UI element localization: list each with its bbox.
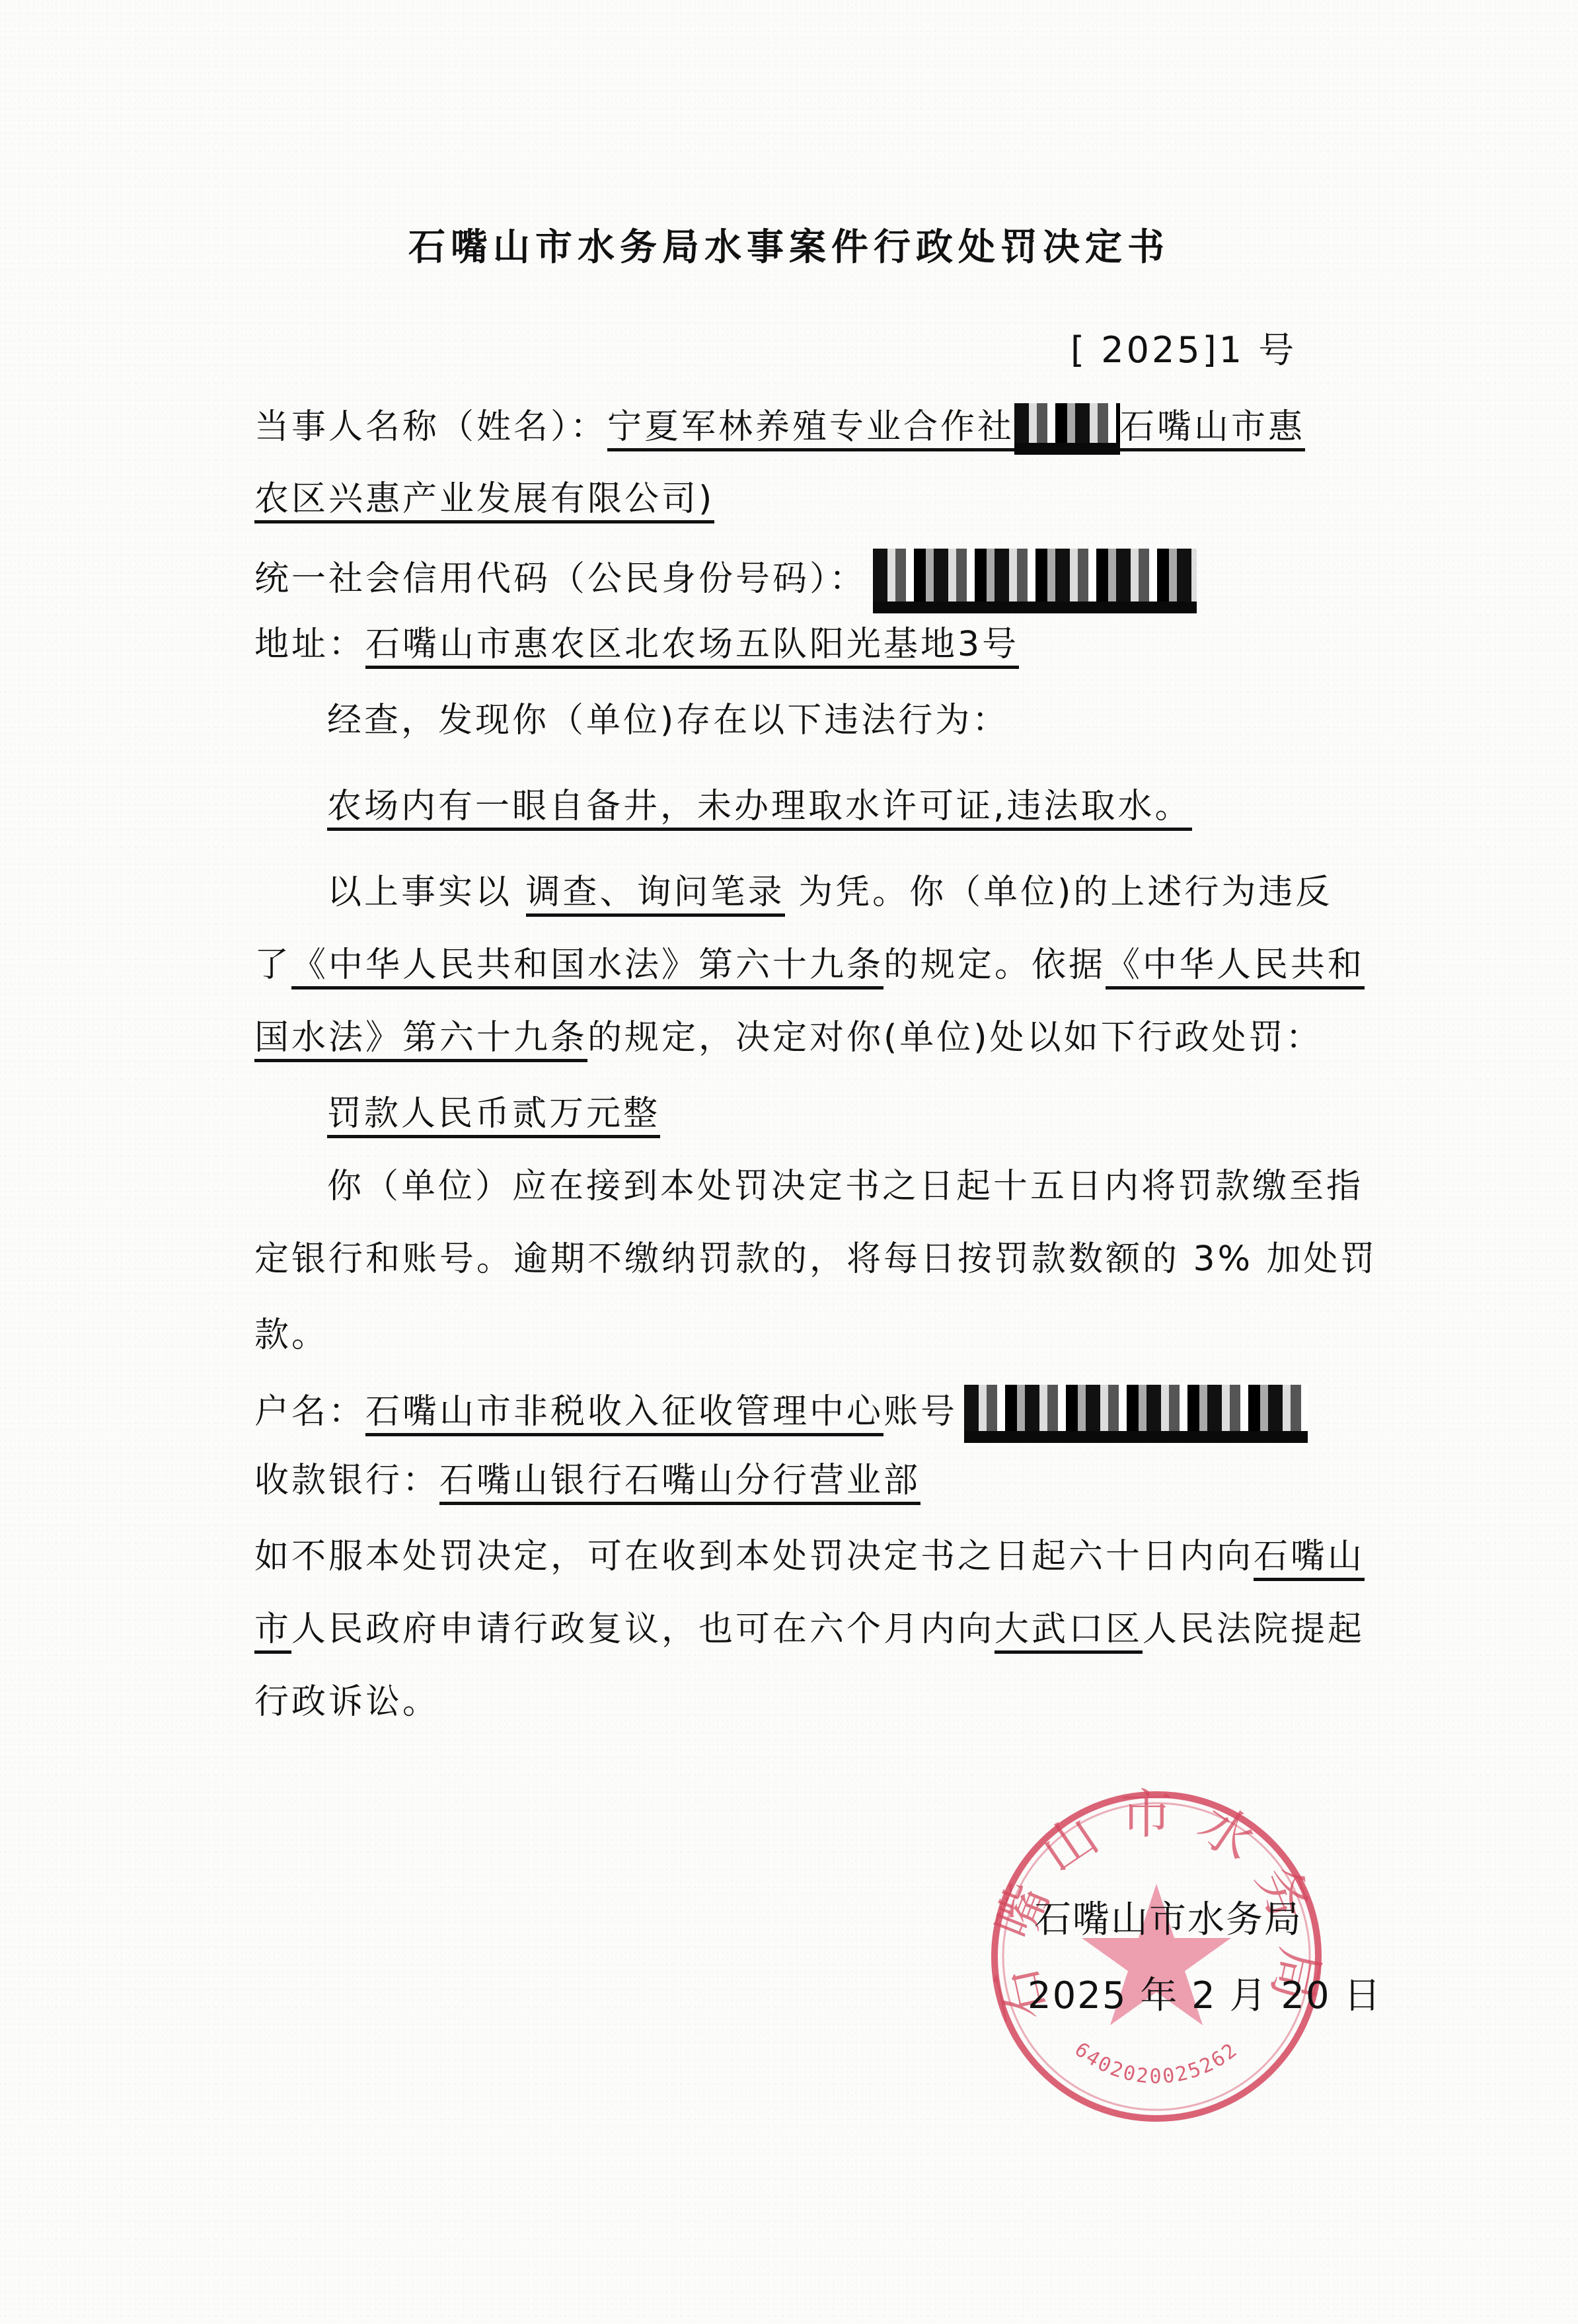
court-district: 大武口区 bbox=[995, 1609, 1143, 1654]
appeal-line-2: 市人民政府申请行政复议，也可在六个月内向大武口区人民法院提起 bbox=[254, 1606, 1365, 1652]
address-value: 石嘴山市惠农区北农场五队阳光基地3号 bbox=[365, 625, 1019, 669]
law-basis-end: 国水法》第六十九条 bbox=[254, 1018, 587, 1062]
party-name-part1: 宁夏军林养殖专业合作社 bbox=[607, 407, 1014, 451]
penalty-value: 罚款人民币贰万元整 bbox=[327, 1094, 660, 1138]
penalty-line: 罚款人民币贰万元整 bbox=[327, 1091, 660, 1137]
credit-code-line: 统一社会信用代码（公民身份号码）： bbox=[254, 549, 1197, 613]
violation-text: 农场内有一眼自备井，未办理取水许可证,违法取水。 bbox=[327, 783, 1192, 830]
facts-line3-suffix: 的规定，决定对你(单位)处以如下行政处罚： bbox=[587, 1018, 1323, 1058]
facts-line2-prefix: 了 bbox=[254, 945, 291, 985]
appeal-text-2: 人民政府申请行政复议，也可在六个月内向 bbox=[291, 1609, 995, 1649]
appeal-line-1: 如不服本处罚决定，可在收到本处罚决定书之日起六十日内向石嘴山 bbox=[254, 1533, 1365, 1580]
appeal-text-1: 如不服本处罚决定，可在收到本处罚决定书之日起六十日内向 bbox=[254, 1537, 1254, 1576]
facts-line2-mid: 的规定。依据 bbox=[883, 945, 1106, 985]
party-line-2: 农区兴惠产业发展有限公司) bbox=[254, 476, 714, 522]
payment-line-2: 定银行和账号。逾期不缴纳罚款的，将每日按罚款数额的 3% 加处罚 bbox=[254, 1236, 1378, 1282]
review-authority-start: 石嘴山 bbox=[1254, 1537, 1365, 1581]
facts-prefix: 以上事实以 bbox=[327, 872, 512, 912]
svg-text:6402020025262: 6402020025262 bbox=[1070, 2038, 1242, 2088]
party-label: 当事人名称（姓名）： bbox=[254, 407, 607, 447]
facts-middle: 为凭。你（单位)的上述行为违反 bbox=[798, 872, 1332, 912]
bank-value: 石嘴山银行石嘴山分行营业部 bbox=[439, 1461, 920, 1505]
appeal-line-3: 行政诉讼。 bbox=[254, 1679, 439, 1725]
account-line: 户名：石嘴山市非税收入征收管理中心账号 bbox=[254, 1385, 1308, 1443]
redacted-block bbox=[1014, 403, 1120, 455]
payment-line-3: 款。 bbox=[254, 1312, 328, 1358]
payment-line-1: 你（单位）应在接到本处罚决定书之日起十五日内将罚款缴至指 bbox=[327, 1163, 1363, 1210]
document-number: [ 2025]1 号 bbox=[1071, 327, 1296, 373]
address-line: 地址：石嘴山市惠农区北农场五队阳光基地3号 bbox=[254, 621, 1019, 668]
account-label: 户名： bbox=[254, 1392, 365, 1432]
official-seal-icon: 石嘴山市水务局 6402020025262 bbox=[985, 1785, 1328, 2128]
law-violated: 《中华人民共和国水法》第六十九条 bbox=[291, 945, 883, 989]
signing-authority: 石嘴山市水务局 bbox=[1034, 1897, 1302, 1943]
law-basis-start: 《中华人民共和 bbox=[1106, 945, 1365, 989]
finding-intro: 经查，发现你（单位)存在以下违法行为： bbox=[327, 697, 1009, 744]
review-authority-end: 市 bbox=[254, 1609, 291, 1654]
facts-line-1: 以上事实以 调查、询问笔录 为凭。你（单位)的上述行为违反 bbox=[327, 869, 1332, 915]
appeal-text-3: 人民法院提起 bbox=[1143, 1609, 1365, 1649]
facts-line-2: 了《中华人民共和国水法》第六十九条的规定。依据《中华人民共和 bbox=[254, 942, 1365, 988]
party-name-line2: 农区兴惠产业发展有限公司) bbox=[254, 479, 714, 523]
signing-date: 2025 年 2 月 20 日 bbox=[1028, 1973, 1382, 2019]
party-name-part2: 石嘴山市惠 bbox=[1120, 407, 1305, 451]
bank-line: 收款银行：石嘴山银行石嘴山分行营业部 bbox=[254, 1457, 920, 1504]
party-line-1: 当事人名称（姓名）：宁夏军林养殖专业合作社石嘴山市惠 bbox=[254, 403, 1305, 455]
evidence: 调查、询问笔录 bbox=[526, 872, 785, 917]
violation-value: 农场内有一眼自备井，未办理取水许可证,违法取水。 bbox=[327, 787, 1192, 831]
bank-label: 收款银行： bbox=[254, 1461, 439, 1500]
credit-code-label: 统一社会信用代码（公民身份号码）： bbox=[254, 559, 866, 599]
redacted-account-number bbox=[964, 1385, 1308, 1443]
address-label: 地址： bbox=[254, 625, 365, 664]
redacted-credit-code bbox=[873, 549, 1197, 613]
document-title: 石嘴山市水务局水事案件行政处罚决定书 bbox=[0, 221, 1578, 274]
account-number-label: 账号 bbox=[883, 1392, 958, 1432]
facts-line-3: 国水法》第六十九条的规定，决定对你(单位)处以如下行政处罚： bbox=[254, 1015, 1323, 1061]
account-name: 石嘴山市非税收入征收管理中心 bbox=[365, 1392, 883, 1436]
